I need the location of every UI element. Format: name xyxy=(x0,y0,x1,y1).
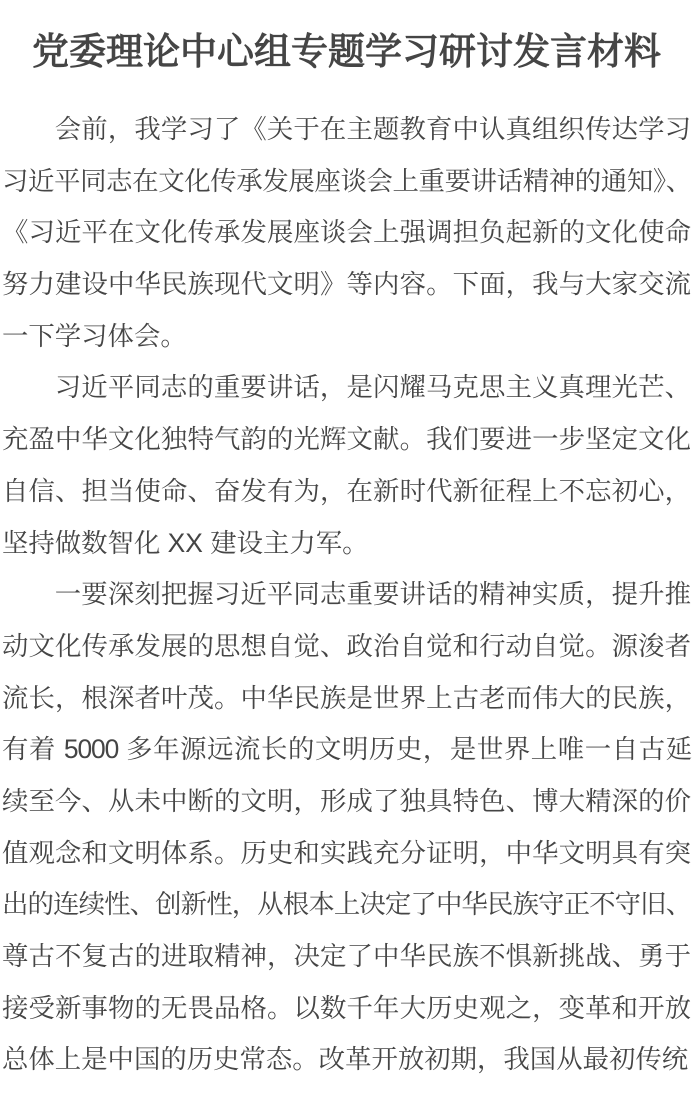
paragraph: 习近平同志的重要讲话，是闪耀马克思主义真理光芒、充盈中华文化独特气韵的光辉文献。… xyxy=(2,362,691,569)
paragraph: 会前，我学习了《关于在主题教育中认真组织传达学习习近平同志在文化传承发展座谈会上… xyxy=(2,104,691,362)
text-line: 习近平同志的重要讲话，是闪耀马克思主义真理光芒、 xyxy=(2,362,691,414)
document: 党委理论中心组专题学习研讨发言材料 会前，我学习了《关于在主题教育中认真组织传达… xyxy=(0,0,693,1097)
text-line: 一要深刻把握习近平同志重要讲话的精神实质，提升推 xyxy=(2,569,691,621)
text-line: 续至今、从未中断的文明，形成了独具特色、博大精深的价 xyxy=(2,776,691,828)
text-line: 会前，我学习了《关于在主题教育中认真组织传达学习 xyxy=(2,104,691,156)
text-line: 出的连续性、创新性，从根本上决定了中华民族守正不守旧、 xyxy=(2,879,691,931)
text-line: 有着 5000 多年源远流长的文明历史，是世界上唯一自古延 xyxy=(2,724,691,776)
text-line: 接受新事物的无畏品格。以数千年大历史观之，变革和开放 xyxy=(2,983,691,1035)
text-line: 值观念和文明体系。历史和实践充分证明，中华文明具有突 xyxy=(2,828,691,880)
text-line: 总体上是中国的历史常态。改革开放初期，我国从最初传统 xyxy=(2,1034,691,1086)
page: { "page": { "background": "#ffffff", "te… xyxy=(0,0,693,1097)
document-title: 党委理论中心组专题学习研讨发言材料 xyxy=(0,0,693,79)
text-line: 充盈中华文化独特气韵的光辉文献。我们要进一步坚定文化 xyxy=(2,414,691,466)
text-line: 努力建设中华民族现代文明》等内容。下面，我与大家交流 xyxy=(2,259,691,311)
text-line: 一下学习体会。 xyxy=(2,311,691,363)
text-line: 自信、担当使命、奋发有为，在新时代新征程上不忘初心， xyxy=(2,466,691,518)
text-line: 动文化传承发展的思想自觉、政治自觉和行动自觉。源浚者 xyxy=(2,621,691,673)
document-body: 会前，我学习了《关于在主题教育中认真组织传达学习习近平同志在文化传承发展座谈会上… xyxy=(0,104,693,1086)
text-line: 坚持做数智化 XX 建设主力军。 xyxy=(2,518,691,570)
text-line: 流长，根深者叶茂。中华民族是世界上古老而伟大的民族， xyxy=(2,673,691,725)
text-line: 习近平同志在文化传承发展座谈会上重要讲话精神的通知》、 xyxy=(2,156,691,208)
text-line: 《习近平在文化传承发展座谈会上强调担负起新的文化使命 xyxy=(2,207,691,259)
paragraph: 一要深刻把握习近平同志重要讲话的精神实质，提升推动文化传承发展的思想自觉、政治自… xyxy=(2,569,691,1086)
text-line: 尊古不复古的进取精神，决定了中华民族不惧新挑战、勇于 xyxy=(2,931,691,983)
